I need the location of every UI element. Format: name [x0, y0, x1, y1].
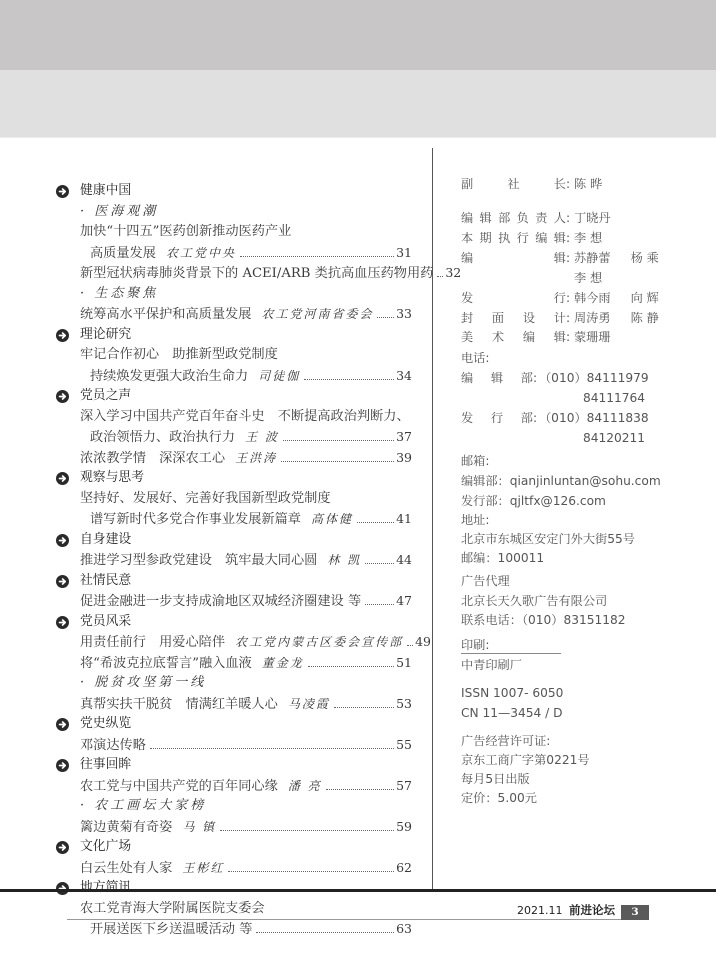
staff-name: 李 想 — [574, 228, 602, 248]
phone-area-code: （010） — [539, 371, 587, 385]
article-title[interactable]: 统筹高水平保护和高质量发展 — [80, 305, 251, 326]
staff-colon: : — [566, 228, 574, 248]
page-number[interactable]: 63 — [396, 919, 412, 940]
staff-name: 陈 静 — [631, 308, 659, 328]
issn: ISSN 1007- 6050 — [461, 683, 563, 703]
toc-entry[interactable]: 政治领悟力、政治执行力王 波37 — [54, 427, 412, 448]
article-author: 农工党内蒙古区委会宣传部 — [235, 632, 403, 653]
footer-page-number: 3 — [621, 905, 649, 920]
section-label: 党史纵览 — [80, 716, 131, 731]
article-author: 董金龙 — [262, 653, 304, 674]
toc-section-heading: 自身建设 — [54, 530, 412, 551]
staff-name: 蒙珊珊 — [574, 327, 611, 347]
ad-phone: 联系电话：（010）83151182 — [461, 610, 626, 630]
phone-number[interactable]: 84111838 — [587, 411, 649, 425]
toc-entry[interactable]: 持续焕发更强大政治生命力司徒伽34 — [54, 366, 412, 387]
staff-row: 编辑:苏静蕾杨 乘 — [461, 248, 659, 268]
article-title[interactable]: 谱写新时代多党合作事业发展新篇章 — [90, 510, 301, 531]
article-author: 农工党中央 — [166, 243, 236, 264]
toc-entry[interactable]: 邓演达传略55 — [54, 735, 412, 756]
staff-name: 向 辉 — [631, 288, 659, 308]
staff-row: 美术编辑:蒙珊珊 — [461, 327, 611, 347]
printer: 中青印刷厂 — [461, 655, 522, 675]
toc-subsection-heading: · 生态聚焦 — [54, 284, 412, 305]
staff-name: 丁晓丹 — [574, 208, 611, 228]
email-editorial[interactable]: 编辑部：qianjinluntan@sohu.com — [461, 471, 661, 491]
article-title[interactable]: 促进金融进一步支持成渝地区双城经济圈建设 等 — [80, 592, 361, 613]
section-label: 党员之声 — [80, 388, 131, 403]
page-number[interactable]: 47 — [396, 591, 412, 612]
toc-section-heading: 党员之声 — [54, 386, 412, 407]
page-number[interactable]: 32 — [445, 263, 461, 284]
toc-section-heading: 党史纵览 — [54, 714, 412, 735]
staff-role: 编辑部负责人 — [461, 208, 566, 228]
printer-rule — [461, 653, 561, 654]
staff-role: 副社长 — [461, 174, 566, 194]
toc-section-heading: 理论研究 — [54, 325, 412, 346]
toc-subsection-heading: · 农工画坛大家榜 — [54, 796, 412, 817]
staff-colon: : — [566, 308, 574, 328]
staff-name: 韩今雨 — [574, 288, 611, 308]
section-label: 党员风采 — [80, 614, 131, 629]
staff-role: 封面设计 — [461, 308, 566, 328]
article-author: 农工党河南省委会 — [261, 304, 373, 325]
arrow-circle-right-icon — [56, 534, 69, 547]
toc-entry[interactable]: 白云生处有人家王彬红62 — [54, 858, 412, 879]
toc-entry[interactable]: 高质量发展农工党中央31 — [54, 243, 412, 264]
staff-colon: : — [566, 327, 574, 347]
phone-row: 编辑部:（010）84111979 — [461, 368, 649, 388]
toc-article-title-line[interactable]: 加快“十四五”医药创新推动医药产业 — [54, 222, 412, 243]
staff-row: 李 想 — [461, 268, 602, 288]
toc-article-title-line[interactable]: 深入学习中国共产党百年奋斗史 不断提高政治判断力、 — [54, 407, 412, 428]
staff-name: 陈 晔 — [574, 174, 602, 194]
dot-leader — [283, 440, 394, 441]
page-number[interactable]: 31 — [396, 243, 412, 264]
staff-name: 杨 乘 — [631, 248, 659, 268]
article-title[interactable]: 浓浓教学情 深深农工心 — [80, 449, 225, 470]
article-author: 马 镇 — [182, 817, 216, 838]
header-band-light — [0, 70, 716, 138]
toc-entry[interactable]: 促进金融进一步支持成渝地区双城经济圈建设 等47 — [54, 591, 412, 612]
page-number[interactable]: 55 — [396, 735, 412, 756]
header-band-dark — [0, 0, 716, 70]
footer-thin-rule — [67, 919, 649, 920]
dot-leader — [308, 666, 394, 667]
dot-leader — [256, 932, 394, 933]
section-label: 地方简讯 — [80, 880, 131, 895]
staff-colon: : — [566, 288, 574, 308]
toc-entry[interactable]: 真帮实扶干脱贫 情满红羊暖人心马凌霞53 — [54, 694, 412, 715]
article-title[interactable]: 推进学习型参政党建设 筑牢最大同心圆 — [80, 551, 317, 572]
toc-section-heading: 社情民意 — [54, 571, 412, 592]
arrow-circle-right-icon — [56, 759, 69, 772]
dot-leader — [357, 522, 394, 523]
dot-leader — [150, 748, 394, 749]
page-number[interactable]: 44 — [396, 550, 412, 571]
toc-entry[interactable]: 谱写新时代多党合作事业发展新篇章高体健41 — [54, 509, 412, 530]
section-label: 文化广场 — [80, 839, 131, 854]
staff-row: 编辑部负责人:丁晓丹 — [461, 208, 611, 228]
article-title[interactable]: 新型冠状病毒肺炎背景下的 ACEI/ARB 类抗高血压药物用药 — [80, 264, 433, 285]
staff-colon: : — [566, 208, 574, 228]
staff-role: 本期执行编辑 — [461, 228, 566, 248]
table-of-contents: 健康中国· 医海观潮加快“十四五”医药创新推动医药产业高质量发展农工党中央31新… — [54, 181, 412, 940]
address-heading: 地址: — [461, 510, 489, 530]
article-author: 王洪涛 — [235, 448, 277, 469]
toc-entry[interactable]: 统筹高水平保护和高质量发展农工党河南省委会33 — [54, 304, 412, 325]
toc-entry[interactable]: 将“希波克拉底誓言”融入血液董金龙51 — [54, 653, 412, 674]
dot-leader — [365, 604, 394, 605]
arrow-circle-right-icon — [56, 390, 69, 403]
toc-article-title-line[interactable]: 牢记合作初心 助推新型政党制度 — [54, 345, 412, 366]
email-editorial-value[interactable]: qianjinluntan@sohu.com — [510, 474, 661, 488]
toc-entry[interactable]: 农工党与中国共产党的百年同心缘潘 亮57 — [54, 776, 412, 797]
staff-name: 李 想 — [574, 268, 602, 288]
staff-role: 美术编辑 — [461, 327, 566, 347]
footer-issue-date: 2021.11 — [517, 904, 563, 918]
dot-leader — [365, 563, 394, 564]
arrow-circle-right-icon — [56, 329, 69, 342]
article-title[interactable]: 真帮实扶干脱贫 情满红羊暖人心 — [80, 695, 278, 716]
article-author: 王彬红 — [182, 858, 224, 879]
license-heading: 广告经营许可证: — [461, 731, 550, 751]
dot-leader — [334, 707, 394, 708]
dot-leader — [437, 276, 443, 277]
ad-agent-heading: 广告代理 — [461, 571, 510, 591]
arrow-circle-right-icon — [56, 616, 69, 629]
article-author: 林 凯 — [327, 550, 361, 571]
staff-role: 发行 — [461, 288, 566, 308]
section-label: 往事回眸 — [80, 757, 131, 772]
article-author: 潘 亮 — [288, 776, 322, 797]
email-heading: 邮箱: — [461, 451, 489, 471]
page-number[interactable]: 57 — [396, 776, 412, 797]
toc-section-heading: 往事回眸 — [54, 755, 412, 776]
staff-row: 本期执行编辑:李 想 — [461, 228, 602, 248]
dot-leader — [281, 461, 394, 462]
article-title[interactable]: 政治领悟力、政治执行力 — [90, 428, 235, 449]
printer-heading: 印刷: — [461, 635, 489, 655]
dot-leader — [304, 379, 394, 380]
article-author: 司徒伽 — [258, 366, 300, 387]
phone-row-continued[interactable]: 84120211 — [583, 428, 645, 448]
phone-dept: 编辑部 — [461, 368, 533, 388]
staff-name: 周涛勇 — [574, 308, 611, 328]
address: 北京市东城区安定门外大街55号 — [461, 529, 635, 549]
toc-article-title-line[interactable]: 坚持好、发展好、完善好我国新型政党制度 — [54, 489, 412, 510]
toc-entry[interactable]: 浓浓教学情 深深农工心王洪涛39 — [54, 448, 412, 469]
staff-row: 封面设计:周涛勇陈 静 — [461, 308, 659, 328]
email-distribution[interactable]: 发行部：qjltfx@126.com — [461, 491, 606, 511]
toc-article-title-line[interactable]: 农工党青海大学附属医院支委会 — [54, 899, 412, 920]
cn-number: CN 11—3454 / D — [461, 703, 562, 723]
phone-row: 发行部:（010）84111838 — [461, 408, 649, 428]
postcode: 邮编：100011 — [461, 548, 544, 568]
page-number[interactable]: 34 — [396, 366, 412, 387]
page-number[interactable]: 37 — [396, 427, 412, 448]
toc-subsection-heading: · 医海观潮 — [54, 202, 412, 223]
phone-dept: 发行部 — [461, 408, 533, 428]
phone-number[interactable]: 84111979 — [587, 371, 649, 385]
price: 定价：5.00元 — [461, 788, 537, 808]
email-distribution-label: 发行部： — [461, 494, 510, 508]
email-editorial-label: 编辑部： — [461, 474, 510, 488]
article-author: 马凌霞 — [288, 694, 330, 715]
license: 京东工商广字第0221号 — [461, 750, 590, 770]
article-author: 高体健 — [311, 509, 353, 530]
page-number[interactable]: 39 — [396, 448, 412, 469]
page-number[interactable]: 49 — [415, 632, 431, 653]
staff-colon: : — [566, 174, 574, 194]
toc-entry[interactable]: 篱边黄菊有奇姿马 镇59 — [54, 817, 412, 838]
section-label: 理论研究 — [80, 327, 131, 342]
staff-row: 副社长:陈 晔 — [461, 174, 602, 194]
arrow-circle-right-icon — [56, 841, 69, 854]
page-number[interactable]: 41 — [396, 509, 412, 530]
column-divider — [432, 148, 433, 890]
dot-leader — [220, 830, 394, 831]
toc-subsection-heading: · 脱贫攻坚第一线 — [54, 673, 412, 694]
section-label: 社情民意 — [80, 573, 131, 588]
page-number[interactable]: 62 — [396, 858, 412, 879]
dot-leader — [228, 871, 394, 872]
dot-leader — [326, 789, 394, 790]
dot-leader — [407, 645, 413, 646]
arrow-circle-right-icon — [56, 718, 69, 731]
staff-colon: : — [566, 248, 574, 268]
footer-magazine-title: 前进论坛 — [569, 903, 615, 917]
dot-leader — [240, 256, 394, 257]
page-number[interactable]: 51 — [396, 653, 412, 674]
staff-role: 编辑 — [461, 248, 566, 268]
toc-section-heading: 健康中国 — [54, 181, 412, 202]
article-title[interactable]: 高质量发展 — [90, 244, 156, 265]
article-title[interactable]: 农工党与中国共产党的百年同心缘 — [80, 777, 278, 798]
email-distribution-value[interactable]: qjltfx@126.com — [510, 494, 606, 508]
article-title[interactable]: 持续焕发更强大政治生命力 — [90, 367, 248, 388]
phone-row-continued[interactable]: 84111764 — [583, 388, 645, 408]
toc-section-heading: 观察与思考 — [54, 468, 412, 489]
article-title[interactable]: 白云生处有人家 — [80, 859, 172, 880]
page-number[interactable]: 33 — [396, 304, 412, 325]
phone-heading: 电话: — [461, 348, 489, 368]
article-title[interactable]: 邓演达传略 — [80, 736, 146, 757]
arrow-circle-right-icon — [56, 575, 69, 588]
section-label: 观察与思考 — [80, 470, 144, 485]
staff-row: 发行:韩今雨向 辉 — [461, 288, 659, 308]
section-label: 自身建设 — [80, 532, 131, 547]
page-number[interactable]: 53 — [396, 694, 412, 715]
dot-leader — [377, 317, 394, 318]
toc-entry[interactable]: 开展送医下乡送温暖活动 等63 — [54, 919, 412, 940]
staff-name: 苏静蕾 — [574, 248, 611, 268]
page-number[interactable]: 59 — [396, 817, 412, 838]
toc-section-heading: 党员风采 — [54, 612, 412, 633]
article-title[interactable]: 篱边黄菊有奇姿 — [80, 818, 172, 839]
phone-area-code: （010） — [539, 411, 587, 425]
article-author: 王 波 — [245, 427, 279, 448]
arrow-circle-right-icon — [56, 472, 69, 485]
toc-entry[interactable]: 新型冠状病毒肺炎背景下的 ACEI/ARB 类抗高血压药物用药32 — [54, 263, 412, 284]
toc-section-heading: 文化广场 — [54, 837, 412, 858]
arrow-circle-right-icon — [56, 185, 69, 198]
toc-entry[interactable]: 推进学习型参政党建设 筑牢最大同心圆林 凯44 — [54, 550, 412, 571]
section-label: 健康中国 — [80, 183, 131, 198]
ad-agent: 北京长天久歌广告有限公司 — [461, 591, 607, 611]
toc-entry[interactable]: 用责任前行 用爱心陪伴农工党内蒙古区委会宣传部49 — [54, 632, 412, 653]
footer-thick-rule — [0, 889, 716, 892]
article-title[interactable]: 开展送医下乡送温暖活动 等 — [90, 920, 252, 941]
article-title[interactable]: 将“希波克拉底誓言”融入血液 — [80, 654, 252, 675]
schedule: 每月5日出版 — [461, 769, 530, 789]
article-title[interactable]: 用责任前行 用爱心陪伴 — [80, 633, 225, 654]
